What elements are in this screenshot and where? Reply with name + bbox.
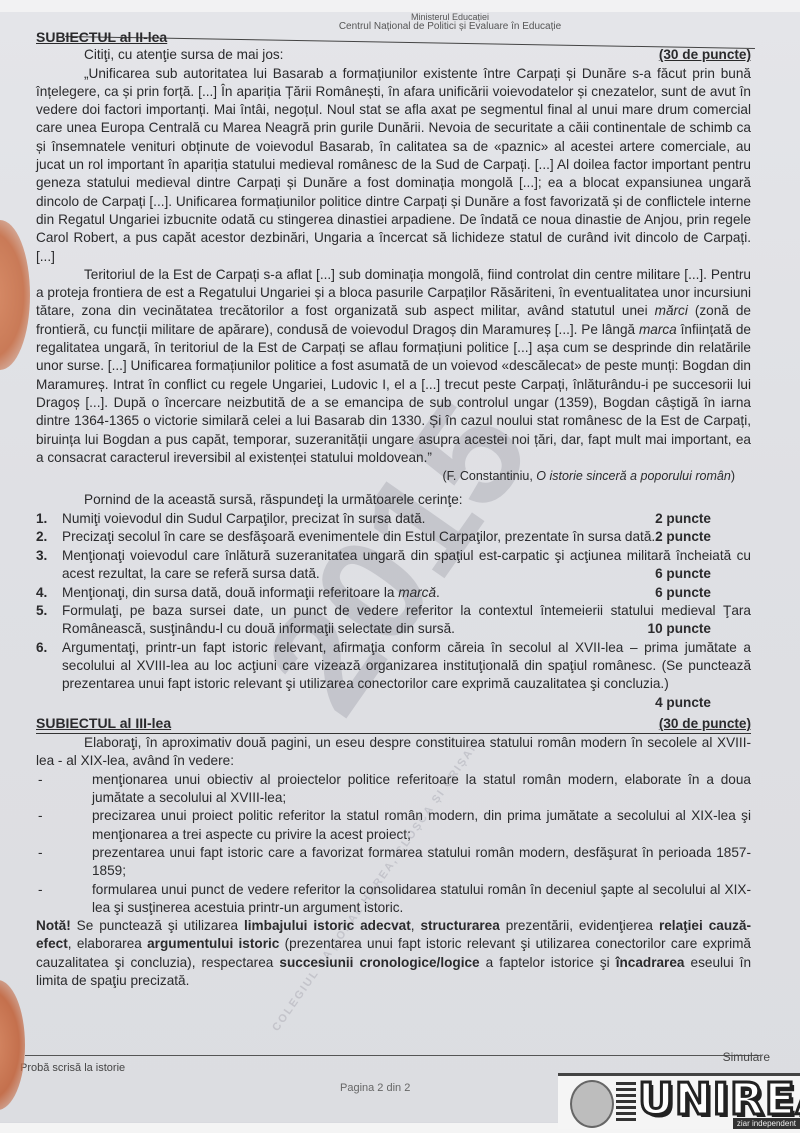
requirement-text: prezentarea unui fapt istoric care a fav… [92, 845, 751, 878]
question-text-part: Menţionaţi, din sursa dată, două informa… [62, 585, 398, 600]
question-item: 1.Numiţi voievodul din Sudul Carpaţilor,… [36, 510, 751, 528]
question-item: 6.Argumentaţi, printr-un fapt istoric re… [36, 639, 751, 712]
question-number: 3. [36, 547, 47, 565]
question-number: 4. [36, 584, 47, 602]
question-text: Precizaţi secolul în care se desfăşoară … [62, 528, 655, 546]
requirement-item: -formularea unui punct de vedere referit… [36, 881, 751, 918]
source-citation: (F. Constantiniu, O istorie sinceră a po… [36, 467, 735, 485]
source-author: (F. Constantiniu, [442, 469, 536, 483]
source-paragraph-2: Teritoriul de la Est de Carpați s-a afla… [36, 266, 751, 467]
source-end: ) [731, 469, 735, 483]
logo-stripes [616, 1082, 636, 1122]
question-list: 1.Numiţi voievodul din Sudul Carpaţilor,… [36, 510, 751, 712]
note-text: prezentării, evidenţierea [500, 918, 659, 933]
question-text: Numiţi voievodul din Sudul Carpaţilor, p… [62, 510, 425, 528]
requirement-item: -precizarea unui proiect politic referit… [36, 807, 751, 844]
questions-prompt: Pornind de la această sursă, răspundeţi … [36, 491, 751, 509]
logo-tagline: ziar independent [733, 1118, 800, 1129]
note-text: Se punctează şi utilizarea [71, 918, 244, 933]
subject3-heading: SUBIECTUL al III-lea (30 de puncte) [36, 714, 751, 734]
question-text: Argumentaţi, printr-un fapt istoric rele… [62, 639, 751, 694]
note-emphasis: limbajului istoric adecvat [244, 918, 411, 933]
question-number: 1. [36, 510, 47, 528]
note-label: Notă! [36, 918, 71, 933]
requirement-text: precizarea unui proiect politic referito… [92, 808, 751, 841]
source-term: mărci [655, 303, 688, 318]
question-number: 5. [36, 602, 47, 620]
subject2-heading: SUBIECTUL al II-lea [36, 28, 751, 46]
question-number: 2. [36, 528, 47, 546]
footer-rule [25, 1055, 760, 1056]
source-term: marca [639, 322, 677, 337]
footer-simulation-label: Simulare [723, 1050, 770, 1064]
subject2-points: (30 de puncte) [659, 46, 751, 64]
source-title: O istorie sinceră a poporului român [536, 469, 731, 483]
question-item: 3.Menţionaţi voievodul care înlătură suz… [36, 547, 751, 584]
bullet-dash-icon: - [38, 844, 43, 862]
subject3-points: (30 de puncte) [659, 715, 751, 733]
bullet-dash-icon: - [38, 807, 43, 825]
question-number: 6. [36, 639, 47, 657]
question-points: 6 puncte [655, 565, 711, 583]
note-emphasis: încadrarea [616, 955, 685, 970]
subject2-instruction: Citiţi, cu atenţie sursa de mai jos: [36, 46, 283, 64]
subject3-title: SUBIECTUL al III-lea [36, 714, 171, 732]
question-points: 6 puncte [655, 584, 711, 602]
note-emphasis: structurarea [420, 918, 499, 933]
subject2-title: SUBIECTUL al II-lea [36, 28, 167, 46]
question-points: 4 puncte [655, 694, 711, 712]
footer-page-number: Pagina 2 din 2 [340, 1082, 410, 1094]
requirement-item: -prezentarea unui fapt istoric care a fa… [36, 844, 751, 881]
question-text: Menţionaţi, din sursa dată, două informa… [62, 584, 440, 602]
requirement-text: formularea unui punct de vedere referito… [92, 882, 751, 915]
question-item: 4.Menţionaţi, din sursa dată, două infor… [36, 584, 751, 602]
bullet-dash-icon: - [38, 771, 43, 789]
coat-of-arms-icon [570, 1080, 614, 1128]
footer-exam-name: Probă scrisă la istorie [20, 1062, 125, 1074]
subject2-instruction-row: Citiţi, cu atenţie sursa de mai jos: (30… [36, 46, 751, 64]
question-item: 2.Precizaţi secolul în care se desfăşoar… [36, 528, 751, 547]
note-text: a faptelor istorice şi [480, 955, 616, 970]
question-text-part: . [436, 585, 440, 600]
exam-content: SUBIECTUL al II-lea Citiţi, cu atenţie s… [36, 26, 751, 990]
bullet-dash-icon: - [38, 881, 43, 899]
note-emphasis: argumentului istoric [147, 936, 279, 951]
requirement-text: menţionarea unui obiectiv al proiectelor… [92, 772, 751, 805]
unirea-logo: UNIREA ziar independent [558, 1073, 800, 1129]
source-text: înființată de regalitatea ungară, în ter… [36, 322, 751, 465]
question-points: 10 puncte [648, 620, 711, 638]
note-text: , [411, 918, 421, 933]
requirement-item: -menţionarea unui obiectiv al proiectelo… [36, 771, 751, 808]
source-paragraph-1: „Unificarea sub autoritatea lui Basarab … [36, 65, 751, 266]
note-emphasis: succesiunii cronologice/logice [279, 955, 479, 970]
question-points: 2 puncte [655, 510, 711, 528]
note-text: , elaborarea [68, 936, 147, 951]
essay-requirements: -menţionarea unui obiectiv al proiectelo… [36, 771, 751, 917]
question-text: Menţionaţi voievodul care înlătură suzer… [62, 547, 751, 584]
source-text: Teritoriul de la Est de Carpați s-a afla… [36, 267, 751, 319]
question-item: 5.Formulaţi, pe baza sursei date, un pun… [36, 602, 751, 639]
grading-note: Notă! Se punctează şi utilizarea limbaju… [36, 917, 751, 990]
question-term: marcă [398, 585, 436, 600]
question-points: 2 puncte [655, 528, 711, 546]
subject3-intro: Elaboraţi, în aproximativ două pagini, u… [36, 734, 751, 771]
